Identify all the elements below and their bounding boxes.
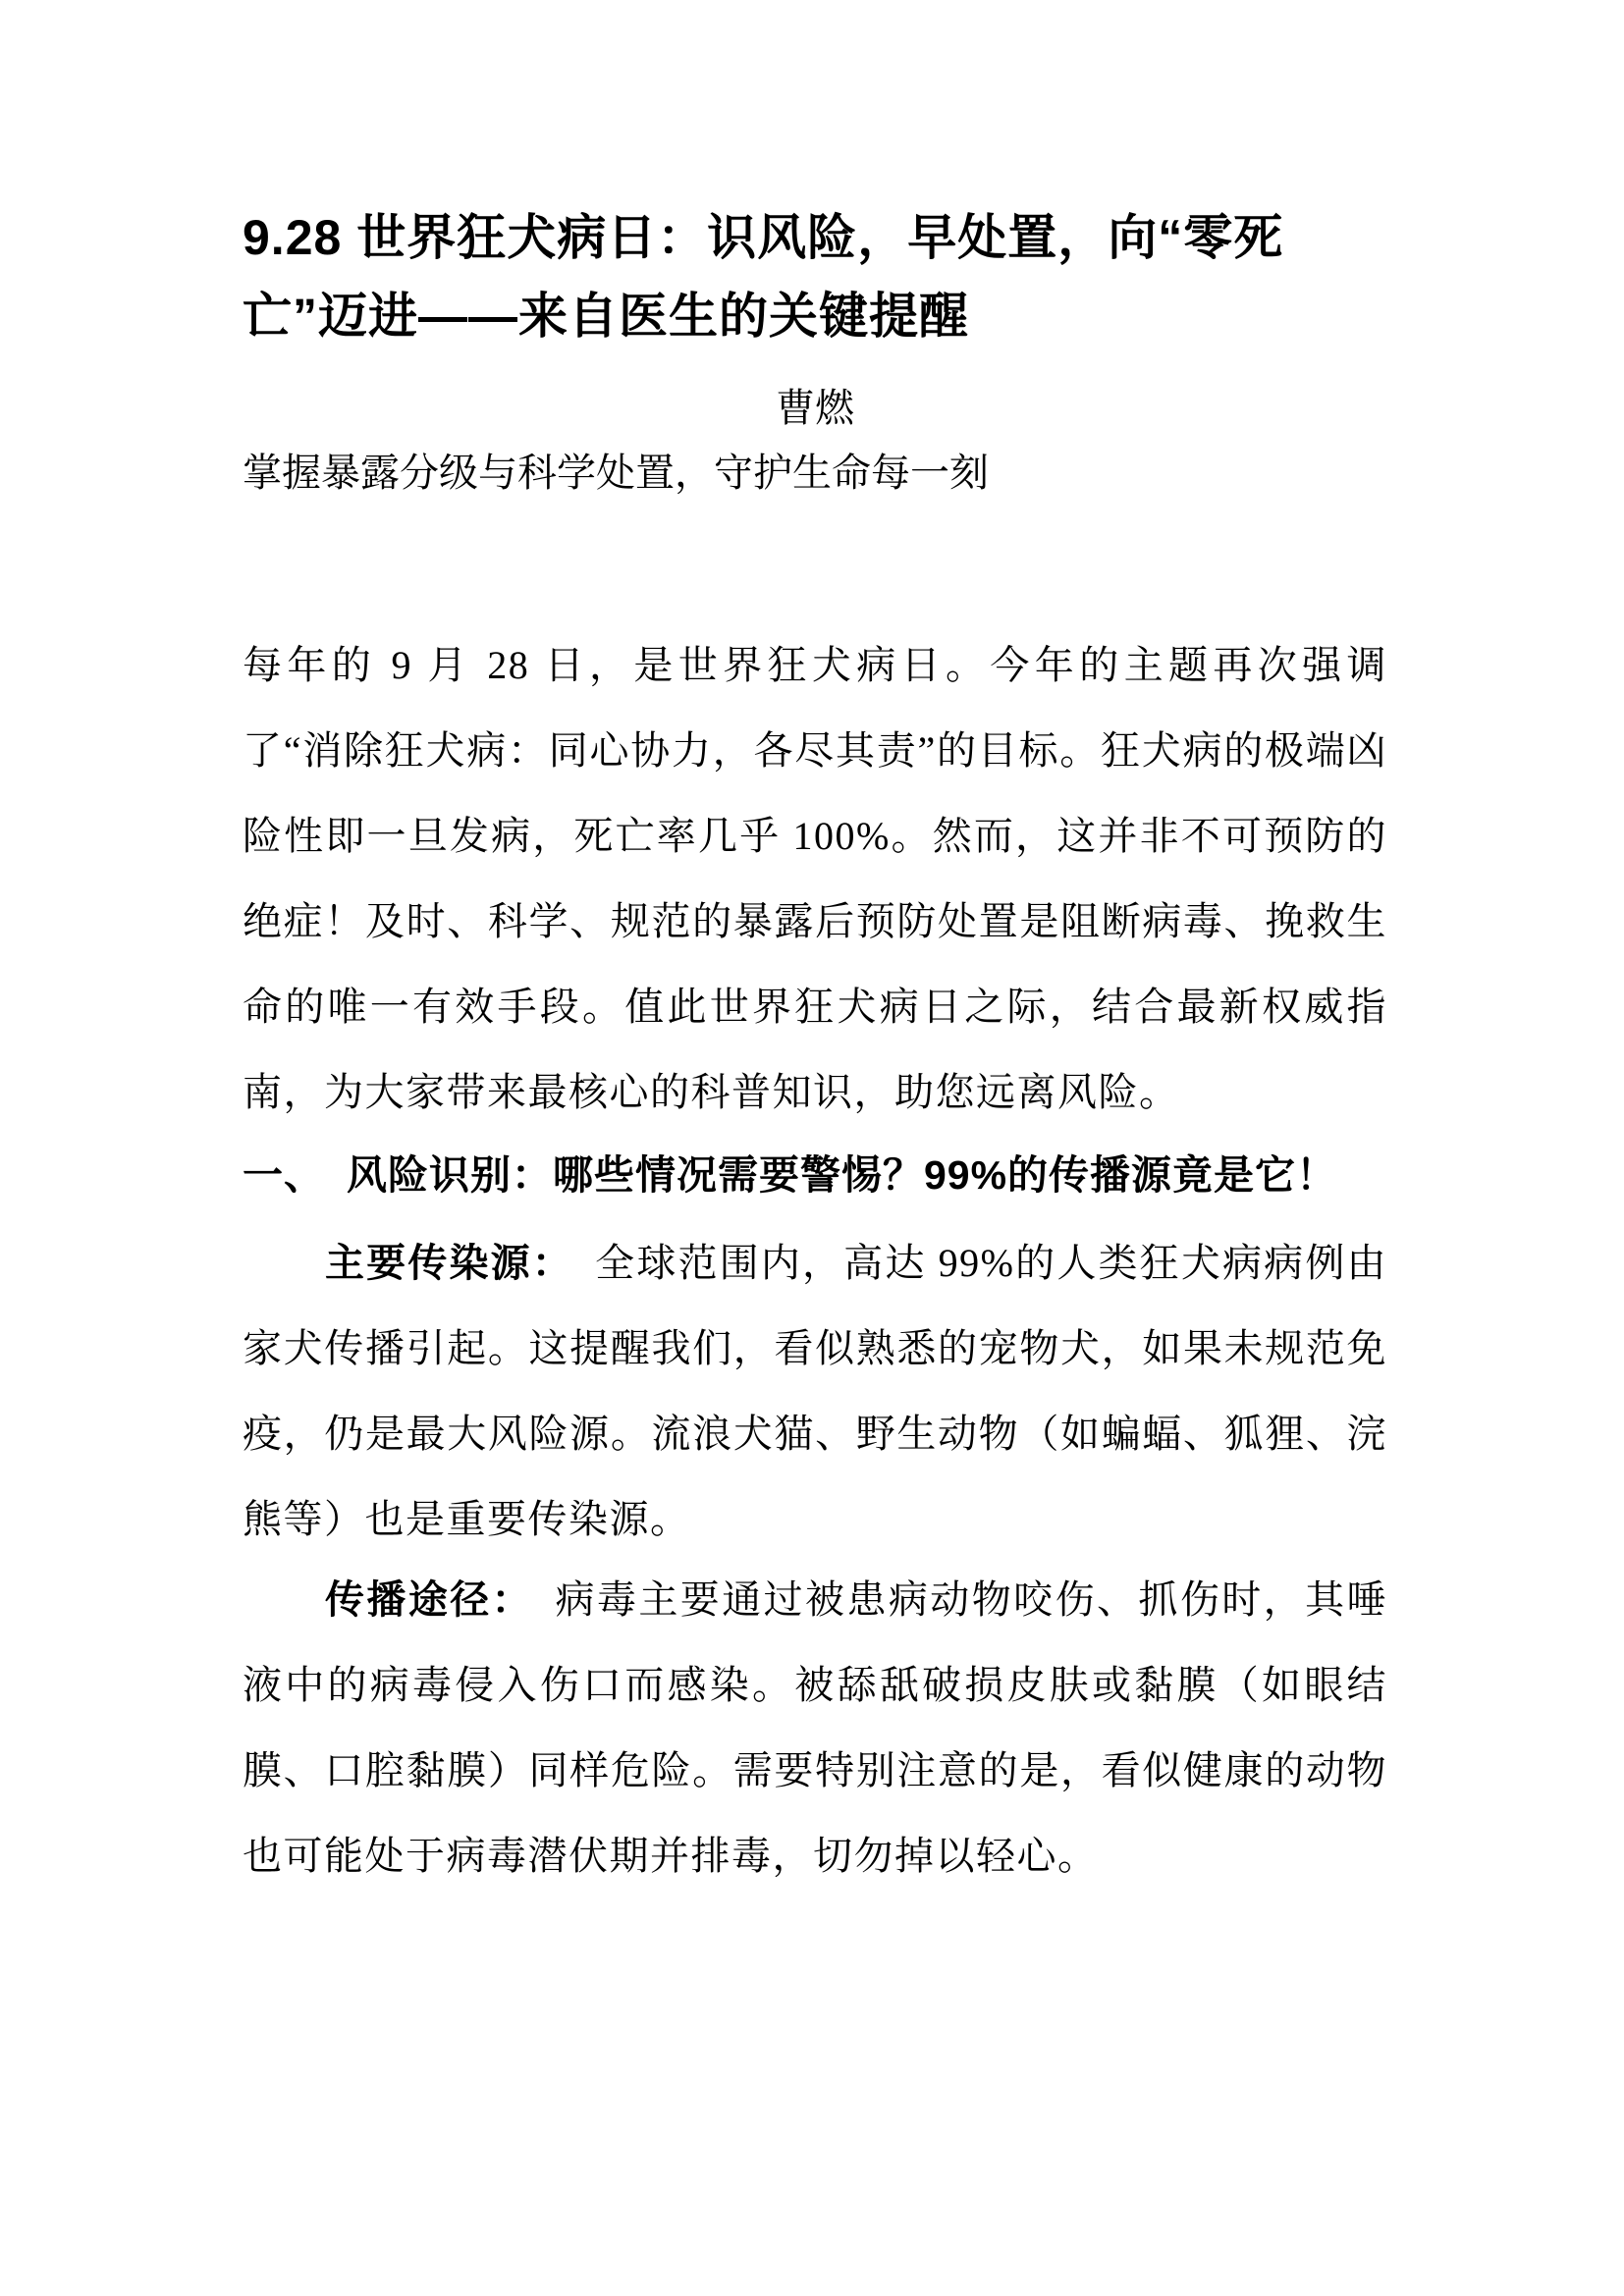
text-main-sources: 全球范围内，高达 99%的人类狂犬病病例由家犬传播引起。这提醒我们，看似熟悉的宠… xyxy=(243,1241,1387,1541)
document-page: 9.28 世界狂犬病日：识风险，早处置，向“零死亡”迈进——来自医生的关键提醒 … xyxy=(0,0,1624,2296)
document-subtitle: 掌握暴露分级与科学处置，守护生命每一刻 xyxy=(243,451,1387,496)
paragraph-intro: 每年的 9 月 28 日，是世界狂犬病日。今年的主题再次强调了“消除狂犬病：同心… xyxy=(243,622,1387,1135)
text-transmission-route: 病毒主要通过被患病动物咬伤、抓伤时，其唾液中的病毒侵入伤口而感染。被舔舐破损皮肤… xyxy=(243,1577,1387,1878)
paragraph-transmission-route: 传播途径： 病毒主要通过被患病动物咬伤、抓伤时，其唾液中的病毒侵入伤口而感染。被… xyxy=(243,1557,1387,1898)
section-number: 一、 xyxy=(243,1151,325,1199)
document-title: 9.28 世界狂犬病日：识风险，早处置，向“零死亡”迈进——来自医生的关键提醒 xyxy=(243,198,1387,355)
section-title: 风险识别：哪些情况需要警惕？99%的传播源竟是它！ xyxy=(347,1152,1337,1198)
section-heading-risk-identification: 一、风险识别：哪些情况需要警惕？99%的传播源竟是它！ xyxy=(243,1151,1387,1199)
author-name: 曹燃 xyxy=(243,387,1387,430)
paragraph-main-sources: 主要传染源： 全球范围内，高达 99%的人类狂犬病病例由家犬传播引起。这提醒我们… xyxy=(243,1220,1387,1562)
lead-transmission-route: 传播途径： xyxy=(325,1577,514,1622)
lead-main-sources: 主要传染源： xyxy=(325,1241,554,1285)
